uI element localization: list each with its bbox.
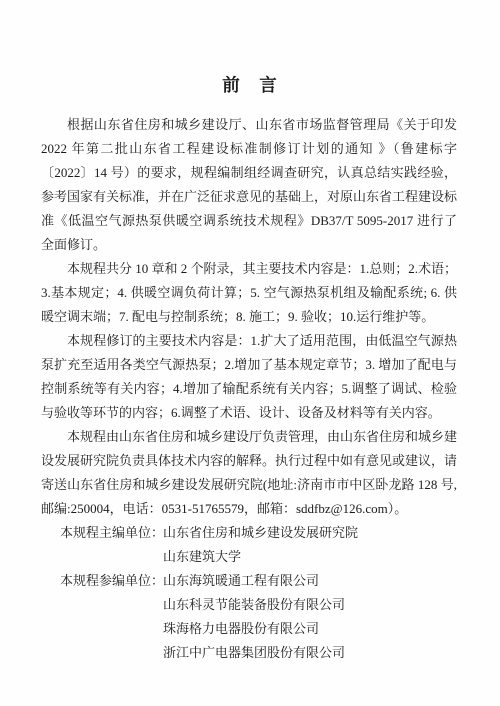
co-editor-line: 珠海格力电器股份有限公司 [41, 617, 457, 641]
chief-editor-label: 本规程主编单位： [60, 521, 163, 545]
co-editor-org: 浙江中广电器集团股份有限公司 [163, 645, 345, 660]
co-editor-line: 本规程参编单位：山东海筑暖通工程有限公司 [41, 569, 457, 593]
co-editor-label: 本规程参编单位： [60, 569, 163, 593]
page-title: 前 言 [0, 72, 500, 97]
co-editor-line: 浙江中广电器集团股份有限公司 [41, 641, 457, 665]
co-editor-org: 山东海筑暖通工程有限公司 [163, 573, 319, 588]
paragraph-management: 本规程由山东省住房和城乡建设厅负责管理，由山东省住房和城乡建设发展研究院负责具体… [41, 425, 457, 521]
paragraph-basis: 根据山东省住房和城乡建设厅、山东省市场监督管理局《关于印发 2022 年第二批山… [41, 113, 457, 257]
co-editor-org: 珠海格力电器股份有限公司 [163, 621, 319, 636]
chief-editor-org: 山东省住房和城乡建设发展研究院 [163, 525, 358, 540]
chief-editor-block: 本规程主编单位：山东省住房和城乡建设发展研究院 山东建筑大学 [41, 521, 457, 569]
co-editor-block: 本规程参编单位：山东海筑暖通工程有限公司 山东科灵节能装备股份有限公司 珠海格力… [41, 569, 457, 665]
document-body: 根据山东省住房和城乡建设厅、山东省市场监督管理局《关于印发 2022 年第二批山… [41, 113, 457, 665]
chief-editor-org: 山东建筑大学 [163, 549, 241, 564]
paragraph-contents: 本规程共分 10 章和 2 个附录，其主要技术内容是：1.总则；2.术语；3.基… [41, 257, 457, 329]
co-editor-line: 山东科灵节能装备股份有限公司 [41, 593, 457, 617]
chief-editor-line: 本规程主编单位：山东省住房和城乡建设发展研究院 [41, 521, 457, 545]
co-editor-org: 山东科灵节能装备股份有限公司 [163, 597, 345, 612]
paragraph-revisions: 本规程修订的主要技术内容是：1.扩大了适用范围，由低温空气源热泵扩充至适用各类空… [41, 329, 457, 425]
chief-editor-line: 山东建筑大学 [41, 545, 457, 569]
document-page: 前 言 根据山东省住房和城乡建设厅、山东省市场监督管理局《关于印发 2022 年… [0, 0, 500, 706]
